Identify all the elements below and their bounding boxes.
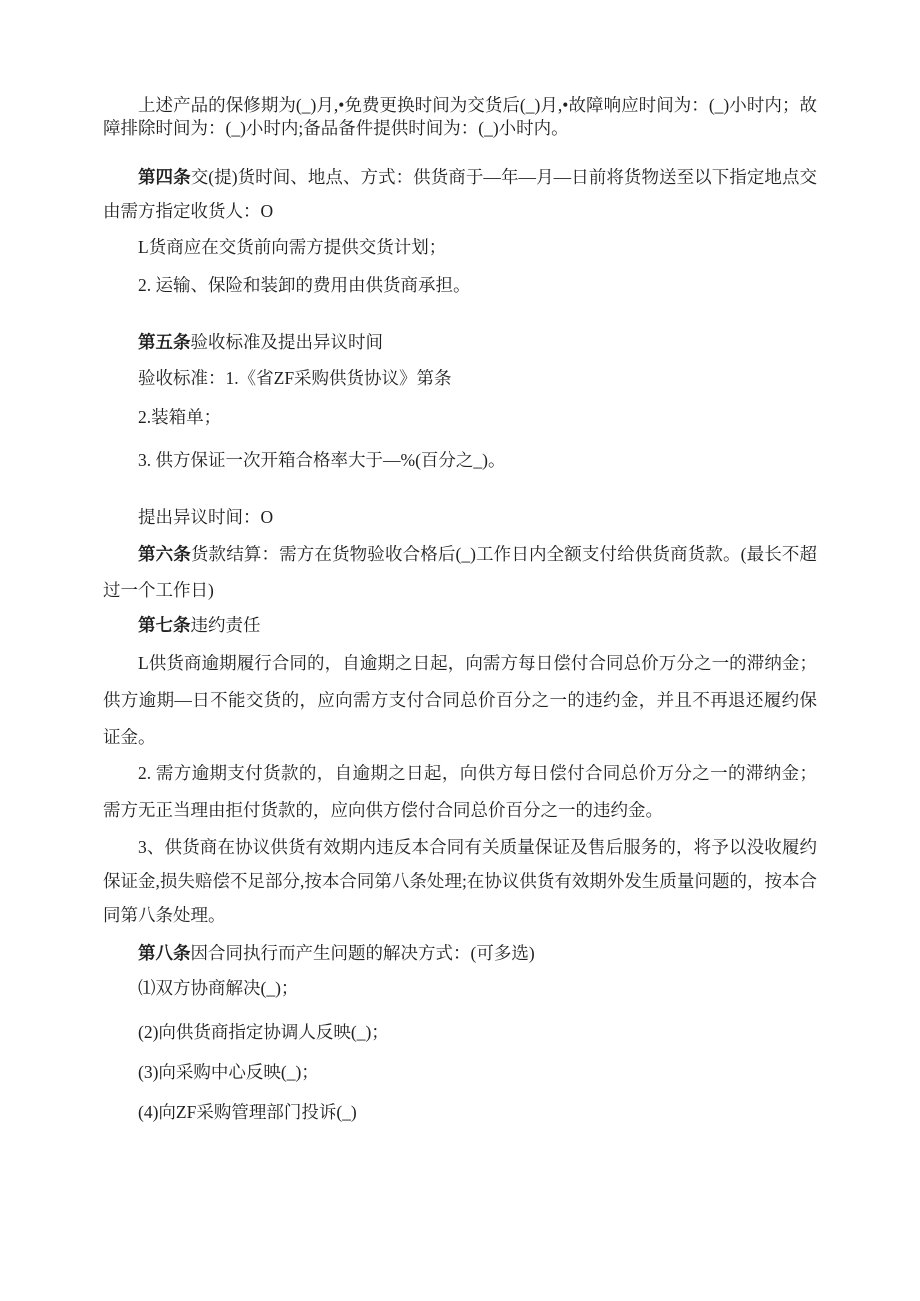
paragraph-quality-violation: 3、供货商在协议供货有效期内违反本合同有关质量保证及售后服务的，将予以没收履约保… [103,830,817,932]
paragraph-objection-time: 提出异议时间：O [103,502,817,532]
paragraph-text: 违约责任 [191,615,261,635]
article-number: 第四条 [138,167,191,187]
paragraph-text: 货款结算：需方在货物验收合格后(_)工作日内全额支付给供货商货款。(最长不超过一… [103,544,817,600]
paragraph-text: 3. 供方保证一次开箱合格率大于—%(百分之_)。 [138,450,505,470]
paragraph-text: 3、供货商在协议供货有效期内违反本合同有关质量保证及售后服务的，将予以没收履约保… [103,837,817,925]
paragraph-text: 交(提)货时间、地点、方式：供货商于—年—月—日前将货物送至以下指定地点交由需方… [103,167,817,221]
article-number: 第六条 [138,544,191,564]
paragraph-option-3-procurement-center: (3)向采购中心反映(_)； [103,1057,817,1087]
paragraph-text: L货商应在交货前向需方提供交货计划； [138,237,446,257]
paragraph-article-5-acceptance: 第五条验收标准及提出异议时间 [103,327,817,357]
paragraph-article-8-dispute: 第八条因合同执行而产生问题的解决方式：(可多选) [103,938,817,968]
paragraph-article-6-payment: 第六条货款结算：需方在货物验收合格后(_)工作日内全额支付给供货商货款。(最长不… [103,536,817,608]
paragraph-buyer-overdue: 2. 需方逾期支付货款的，自逾期之日起，向供方每日偿付合同总价万分之一的滞纳金；… [103,755,817,829]
paragraph-text: L供货商逾期履行合同的，自逾期之日起，向需方每日偿付合同总价万分之一的滞纳金；供… [103,653,817,747]
paragraph-text: ⑴双方协商解决(_)； [138,978,298,998]
paragraph-text: (4)向ZF采购管理部门投诉(_) [138,1102,357,1122]
paragraph-text: 2. 需方逾期支付货款的，自逾期之日起，向供方每日偿付合同总价万分之一的滞纳金；… [103,763,817,820]
paragraph-article-4-delivery: 第四条交(提)货时间、地点、方式：供货商于—年—月—日前将货物送至以下指定地点交… [103,160,817,228]
article-number: 第八条 [138,943,191,963]
paragraph-transport-costs: 2. 运输、保险和装卸的费用由供货商承担。 [103,270,817,300]
paragraph-text: 上述产品的保修期为(_)月,•免费更换时间为交货后(_)月,•故障响应时间为：(… [103,95,817,138]
paragraph-text: (2)向供货商指定协调人反映(_)； [138,1022,389,1042]
paragraph-option-1-negotiate: ⑴双方协商解决(_)； [103,973,817,1003]
paragraph-supplier-overdue: L供货商逾期履行合同的，自逾期之日起，向需方每日偿付合同总价万分之一的滞纳金；供… [103,645,817,756]
paragraph-pass-rate: 3. 供方保证一次开箱合格率大于—%(百分之_)。 [103,445,817,475]
paragraph-text: (3)向采购中心反映(_)； [138,1062,319,1082]
contract-document-page: 上述产品的保修期为(_)月,•免费更换时间为交货后(_)月,•故障响应时间为：(… [0,0,920,1301]
paragraph-text: 2. 运输、保险和装卸的费用由供货商承担。 [138,275,471,295]
paragraph-text: 因合同执行而产生问题的解决方式：(可多选) [191,943,535,963]
paragraph-warranty-terms: 上述产品的保修期为(_)月,•免费更换时间为交货后(_)月,•故障响应时间为：(… [103,94,817,140]
paragraph-text: 验收标准：1.《省ZF采购供货协议》第条 [138,368,452,388]
paragraph-acceptance-standard: 验收标准：1.《省ZF采购供货协议》第条 [103,363,817,393]
paragraph-text: 2.装箱单； [138,407,221,427]
paragraph-option-2-coordinator: (2)向供货商指定协调人反映(_)； [103,1017,817,1047]
paragraph-text: 提出异议时间：O [138,507,273,527]
article-number: 第七条 [138,615,191,635]
paragraph-delivery-plan: L货商应在交货前向需方提供交货计划； [103,232,817,262]
paragraph-packing-list: 2.装箱单； [103,402,817,432]
paragraph-text: 验收标准及提出异议时间 [191,332,384,352]
paragraph-article-7-liability: 第七条违约责任 [103,610,817,640]
paragraph-option-4-complaint: (4)向ZF采购管理部门投诉(_) [103,1097,817,1127]
article-number: 第五条 [138,332,191,352]
